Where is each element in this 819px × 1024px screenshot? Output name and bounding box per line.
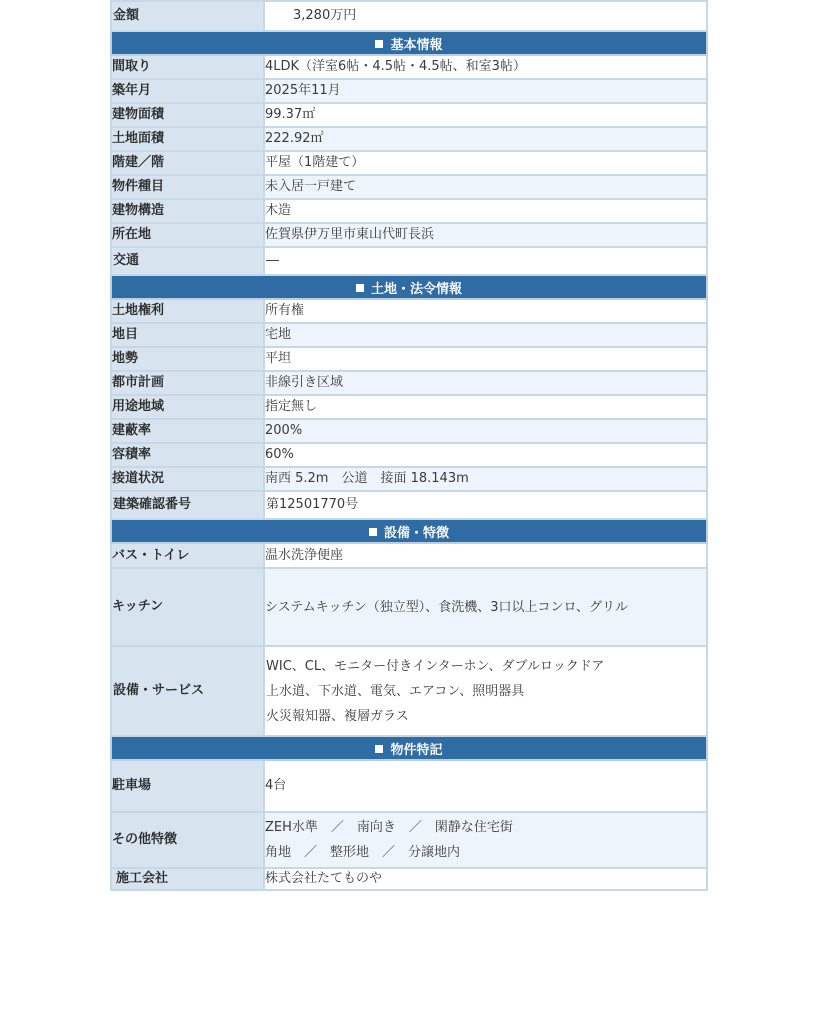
square-bullet-icon: [356, 284, 364, 292]
section-header-notes: 物件特記: [111, 736, 707, 760]
row-bath-toilet: バス・トイレ 温水洗浄便座: [111, 543, 707, 568]
square-bullet-icon: [375, 745, 383, 753]
row-builder: 施工会社 株式会社たてものや: [111, 868, 707, 890]
price-value: 3,280万円: [264, 1, 707, 31]
square-bullet-icon: [369, 528, 377, 536]
row-floor-area-ratio: 容積率 60%: [111, 443, 707, 467]
row-terrain: 地勢 平坦: [111, 347, 707, 371]
section-header-facilities: 設備・特徴: [111, 519, 707, 543]
row-layout: 間取り 4LDK（洋室6帖・4.5帖・4.5帖、和室3帖）: [111, 55, 707, 79]
row-parking: 駐車場 4台: [111, 760, 707, 812]
row-land-category: 地目 宅地: [111, 323, 707, 347]
row-built-date: 築年月 2025年11月: [111, 79, 707, 103]
row-building-coverage: 建蔽率 200%: [111, 419, 707, 443]
row-property-type: 物件種目 未入居一戸建て: [111, 175, 707, 199]
section-header-land-law: 土地・法令情報: [111, 275, 707, 299]
property-spec-table: 金額 3,280万円 基本情報 間取り 4LDK（洋室6帖・4.5帖・4.5帖、…: [110, 0, 708, 891]
row-price: 金額 3,280万円: [111, 1, 707, 31]
row-building-permit: 建築確認番号 第12501770号: [111, 491, 707, 519]
row-zoning: 用途地域 指定無し: [111, 395, 707, 419]
square-bullet-icon: [375, 40, 383, 48]
price-label: 金額: [111, 1, 264, 31]
row-equipment-services: 設備・サービス WIC、CL、モニター付きインターホン、ダブルロックドア 上水道…: [111, 646, 707, 736]
row-land-area: 土地面積 222.92㎡: [111, 127, 707, 151]
row-kitchen: キッチン システムキッチン（独立型）、食洗機、3口以上コンロ、グリル: [111, 568, 707, 646]
row-floors: 階建／階 平屋（1階建て）: [111, 151, 707, 175]
row-transport: 交通 ―: [111, 247, 707, 275]
row-structure: 建物構造 木造: [111, 199, 707, 223]
row-city-planning: 都市計画 非線引き区域: [111, 371, 707, 395]
row-address: 所在地 佐賀県伊万里市東山代町長浜: [111, 223, 707, 247]
section-header-basic: 基本情報: [111, 31, 707, 55]
row-other-features: その他特徴 ZEH水準 ／ 南向き ／ 閑静な住宅街 角地 ／ 整形地 ／ 分譲…: [111, 812, 707, 868]
row-building-area: 建物面積 99.37㎡: [111, 103, 707, 127]
row-land-rights: 土地権利 所有権: [111, 299, 707, 323]
row-road-access: 接道状況 南西 5.2m 公道 接面 18.143m: [111, 467, 707, 491]
